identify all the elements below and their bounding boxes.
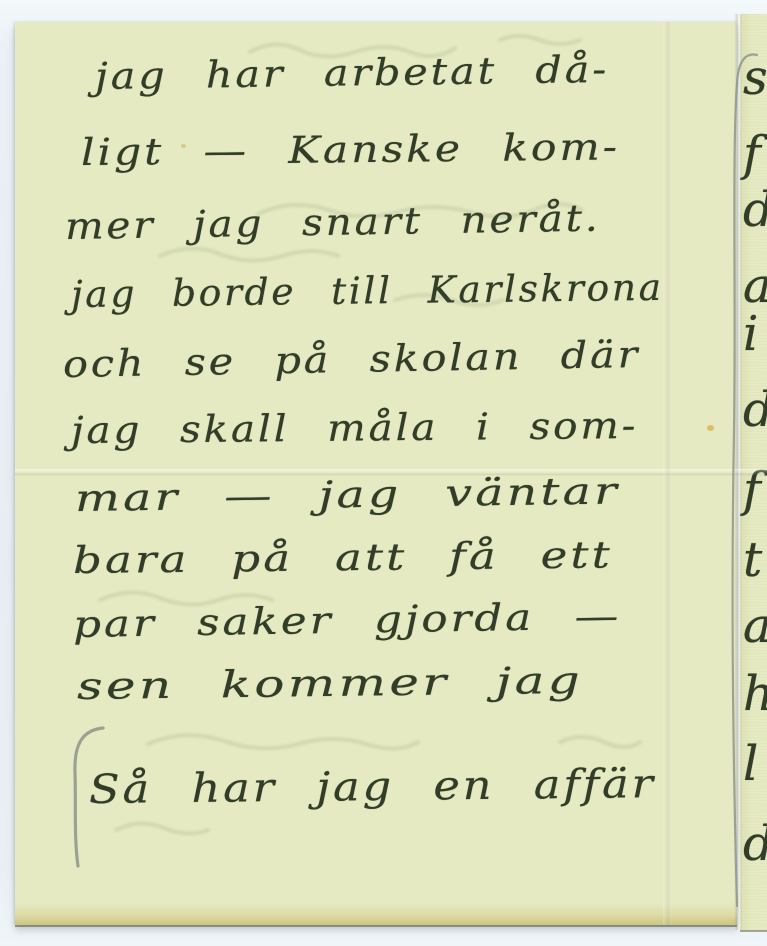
handwriting-fragment: a [743, 602, 767, 650]
handwriting-line-8: bara på att få ett [73, 536, 613, 579]
fold-crease-horizontal [15, 469, 767, 476]
paper-spot [707, 425, 714, 431]
handwriting-fragment: a [743, 262, 767, 310]
handwriting-line-7: mar — jag väntar [75, 472, 620, 517]
handwriting-fragment: h [743, 670, 767, 718]
handwriting-fragment: f [743, 130, 761, 178]
handwriting-line-6: jag skall måla i som- [71, 407, 638, 449]
handwriting-line-4: jag borde till Karlskrona [71, 269, 664, 313]
handwriting-line-10: sen kommer jag [77, 662, 584, 705]
handwriting-line-3: mer jag snart neråt. [65, 200, 601, 245]
handwriting-fragment: t [743, 536, 762, 584]
handwriting-fragment: l [743, 740, 758, 788]
handwriting-line-11: Så har jag en affär [89, 764, 656, 810]
handwriting-fragment: s [743, 54, 767, 102]
fold-crease-vertical [663, 22, 672, 925]
paper-bottom-edge [15, 903, 737, 925]
handwriting-line-2: ligt — Kanske kom- [81, 128, 620, 171]
handwriting-line-9: par saker gjorda — [73, 597, 622, 643]
handwriting-fragment: d [743, 186, 767, 234]
paper-spot [181, 144, 186, 148]
handwriting-fragment: d [743, 820, 767, 868]
scanned-letter: jag har arbetat då- ligt — Kanske kom- m… [0, 0, 767, 946]
handwriting-fragment: i [743, 310, 758, 358]
handwriting-fragment: d [743, 386, 767, 434]
handwriting-line-5: och se på skolan där [63, 336, 641, 383]
handwriting-line-1: jag har arbetat då- [95, 51, 609, 95]
